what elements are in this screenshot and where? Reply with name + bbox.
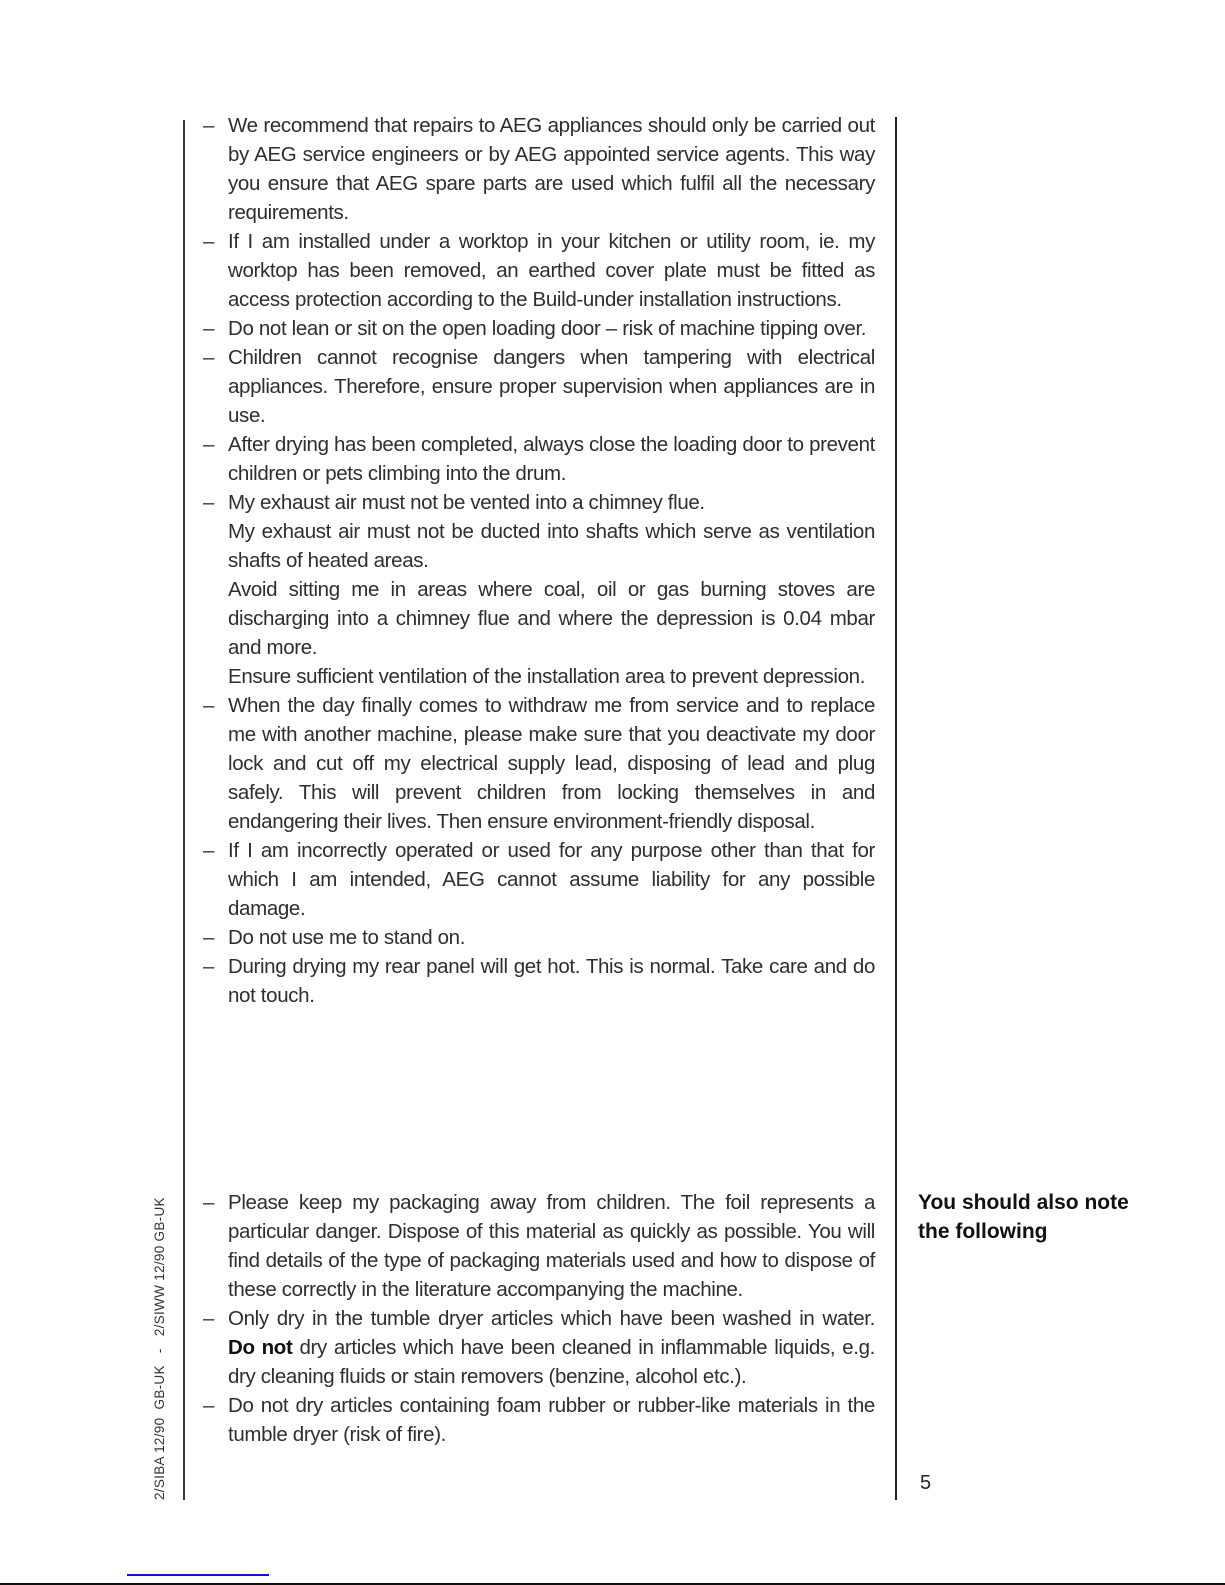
emphasis-do-not: Do not <box>228 1336 292 1359</box>
item-text: My exhaust air must not be vented into a… <box>228 488 875 517</box>
item-text: Avoid sitting me in areas where coal, oi… <box>228 575 875 662</box>
dash-bullet: – <box>203 227 214 256</box>
dash-bullet: – <box>203 1391 214 1420</box>
list-item-close-door: – After drying has been completed, alway… <box>203 430 875 488</box>
dash-bullet: – <box>203 691 214 720</box>
right-margin-rule <box>895 117 897 1500</box>
dash-bullet: – <box>203 488 214 517</box>
text-segment: dry articles which have been cleaned in … <box>228 1336 875 1388</box>
list-item-rear-panel: – During drying my rear panel will get h… <box>203 952 875 1010</box>
list-item-stand-on: – Do not use me to stand on. <box>203 923 875 952</box>
page-number: 5 <box>920 1472 931 1495</box>
dash-bullet: – <box>203 836 214 865</box>
additional-notes-list: – Please keep my packaging away from chi… <box>203 1188 875 1449</box>
dash-bullet: – <box>203 1188 214 1217</box>
item-text: Do not lean or sit on the open loading d… <box>228 314 875 343</box>
item-text: We recommend that repairs to AEG applian… <box>228 111 875 227</box>
dash-bullet: – <box>203 314 214 343</box>
left-margin-rule <box>183 120 185 1500</box>
item-text: Children cannot recognise dangers when t… <box>228 343 875 430</box>
dash-bullet: – <box>203 923 214 952</box>
list-item-washed-in-water: – Only dry in the tumble dryer articles … <box>203 1304 875 1391</box>
list-item-worktop: – If I am installed under a worktop in y… <box>203 227 875 314</box>
additional-notes-section: – Please keep my packaging away from chi… <box>203 1188 875 1449</box>
item-text: Ensure sufficient ventilation of the ins… <box>228 662 875 691</box>
text-segment: Only dry in the tumble dryer articles wh… <box>228 1307 875 1330</box>
dash-bullet: – <box>203 1304 214 1333</box>
item-text: After drying has been completed, always … <box>228 430 875 488</box>
item-text: During drying my rear panel will get hot… <box>228 952 875 1010</box>
item-text: Do not dry articles containing foam rubb… <box>228 1391 875 1449</box>
safety-notes-list: – We recommend that repairs to AEG appli… <box>203 111 875 1010</box>
list-item-foam-rubber: – Do not dry articles containing foam ru… <box>203 1391 875 1449</box>
dash-bullet: – <box>203 111 214 140</box>
dash-bullet: – <box>203 430 214 459</box>
safety-notes-section: – We recommend that repairs to AEG appli… <box>203 111 875 1010</box>
section-heading: You should also note the following <box>918 1188 1158 1246</box>
dash-bullet: – <box>203 952 214 981</box>
list-item-repairs: – We recommend that repairs to AEG appli… <box>203 111 875 227</box>
list-item-loading-door: – Do not lean or sit on the open loading… <box>203 314 875 343</box>
blue-underline-artifact <box>127 1574 269 1576</box>
item-text: If I am installed under a worktop in you… <box>228 227 875 314</box>
list-item-packaging: – Please keep my packaging away from chi… <box>203 1188 875 1304</box>
document-code-vertical: 2/SIBA 12/90 GB-UK - 2/SIWW 12/90 GB-UK <box>152 1110 167 1500</box>
item-text: Do not use me to stand on. <box>228 923 875 952</box>
list-item-disposal: – When the day finally comes to withdraw… <box>203 691 875 836</box>
item-text: When the day finally comes to withdraw m… <box>228 691 875 836</box>
dash-bullet: – <box>203 343 214 372</box>
list-item-exhaust-air: – My exhaust air must not be vented into… <box>203 488 875 691</box>
item-text: My exhaust air must not be ducted into s… <box>228 517 875 575</box>
item-text: Only dry in the tumble dryer articles wh… <box>228 1304 875 1391</box>
list-item-liability: – If I am incorrectly operated or used f… <box>203 836 875 923</box>
item-text: If I am incorrectly operated or used for… <box>228 836 875 923</box>
list-item-children: – Children cannot recognise dangers when… <box>203 343 875 430</box>
document-page: 2/SIBA 12/90 GB-UK - 2/SIWW 12/90 GB-UK … <box>0 0 1225 1585</box>
item-text: Please keep my packaging away from child… <box>228 1188 875 1304</box>
